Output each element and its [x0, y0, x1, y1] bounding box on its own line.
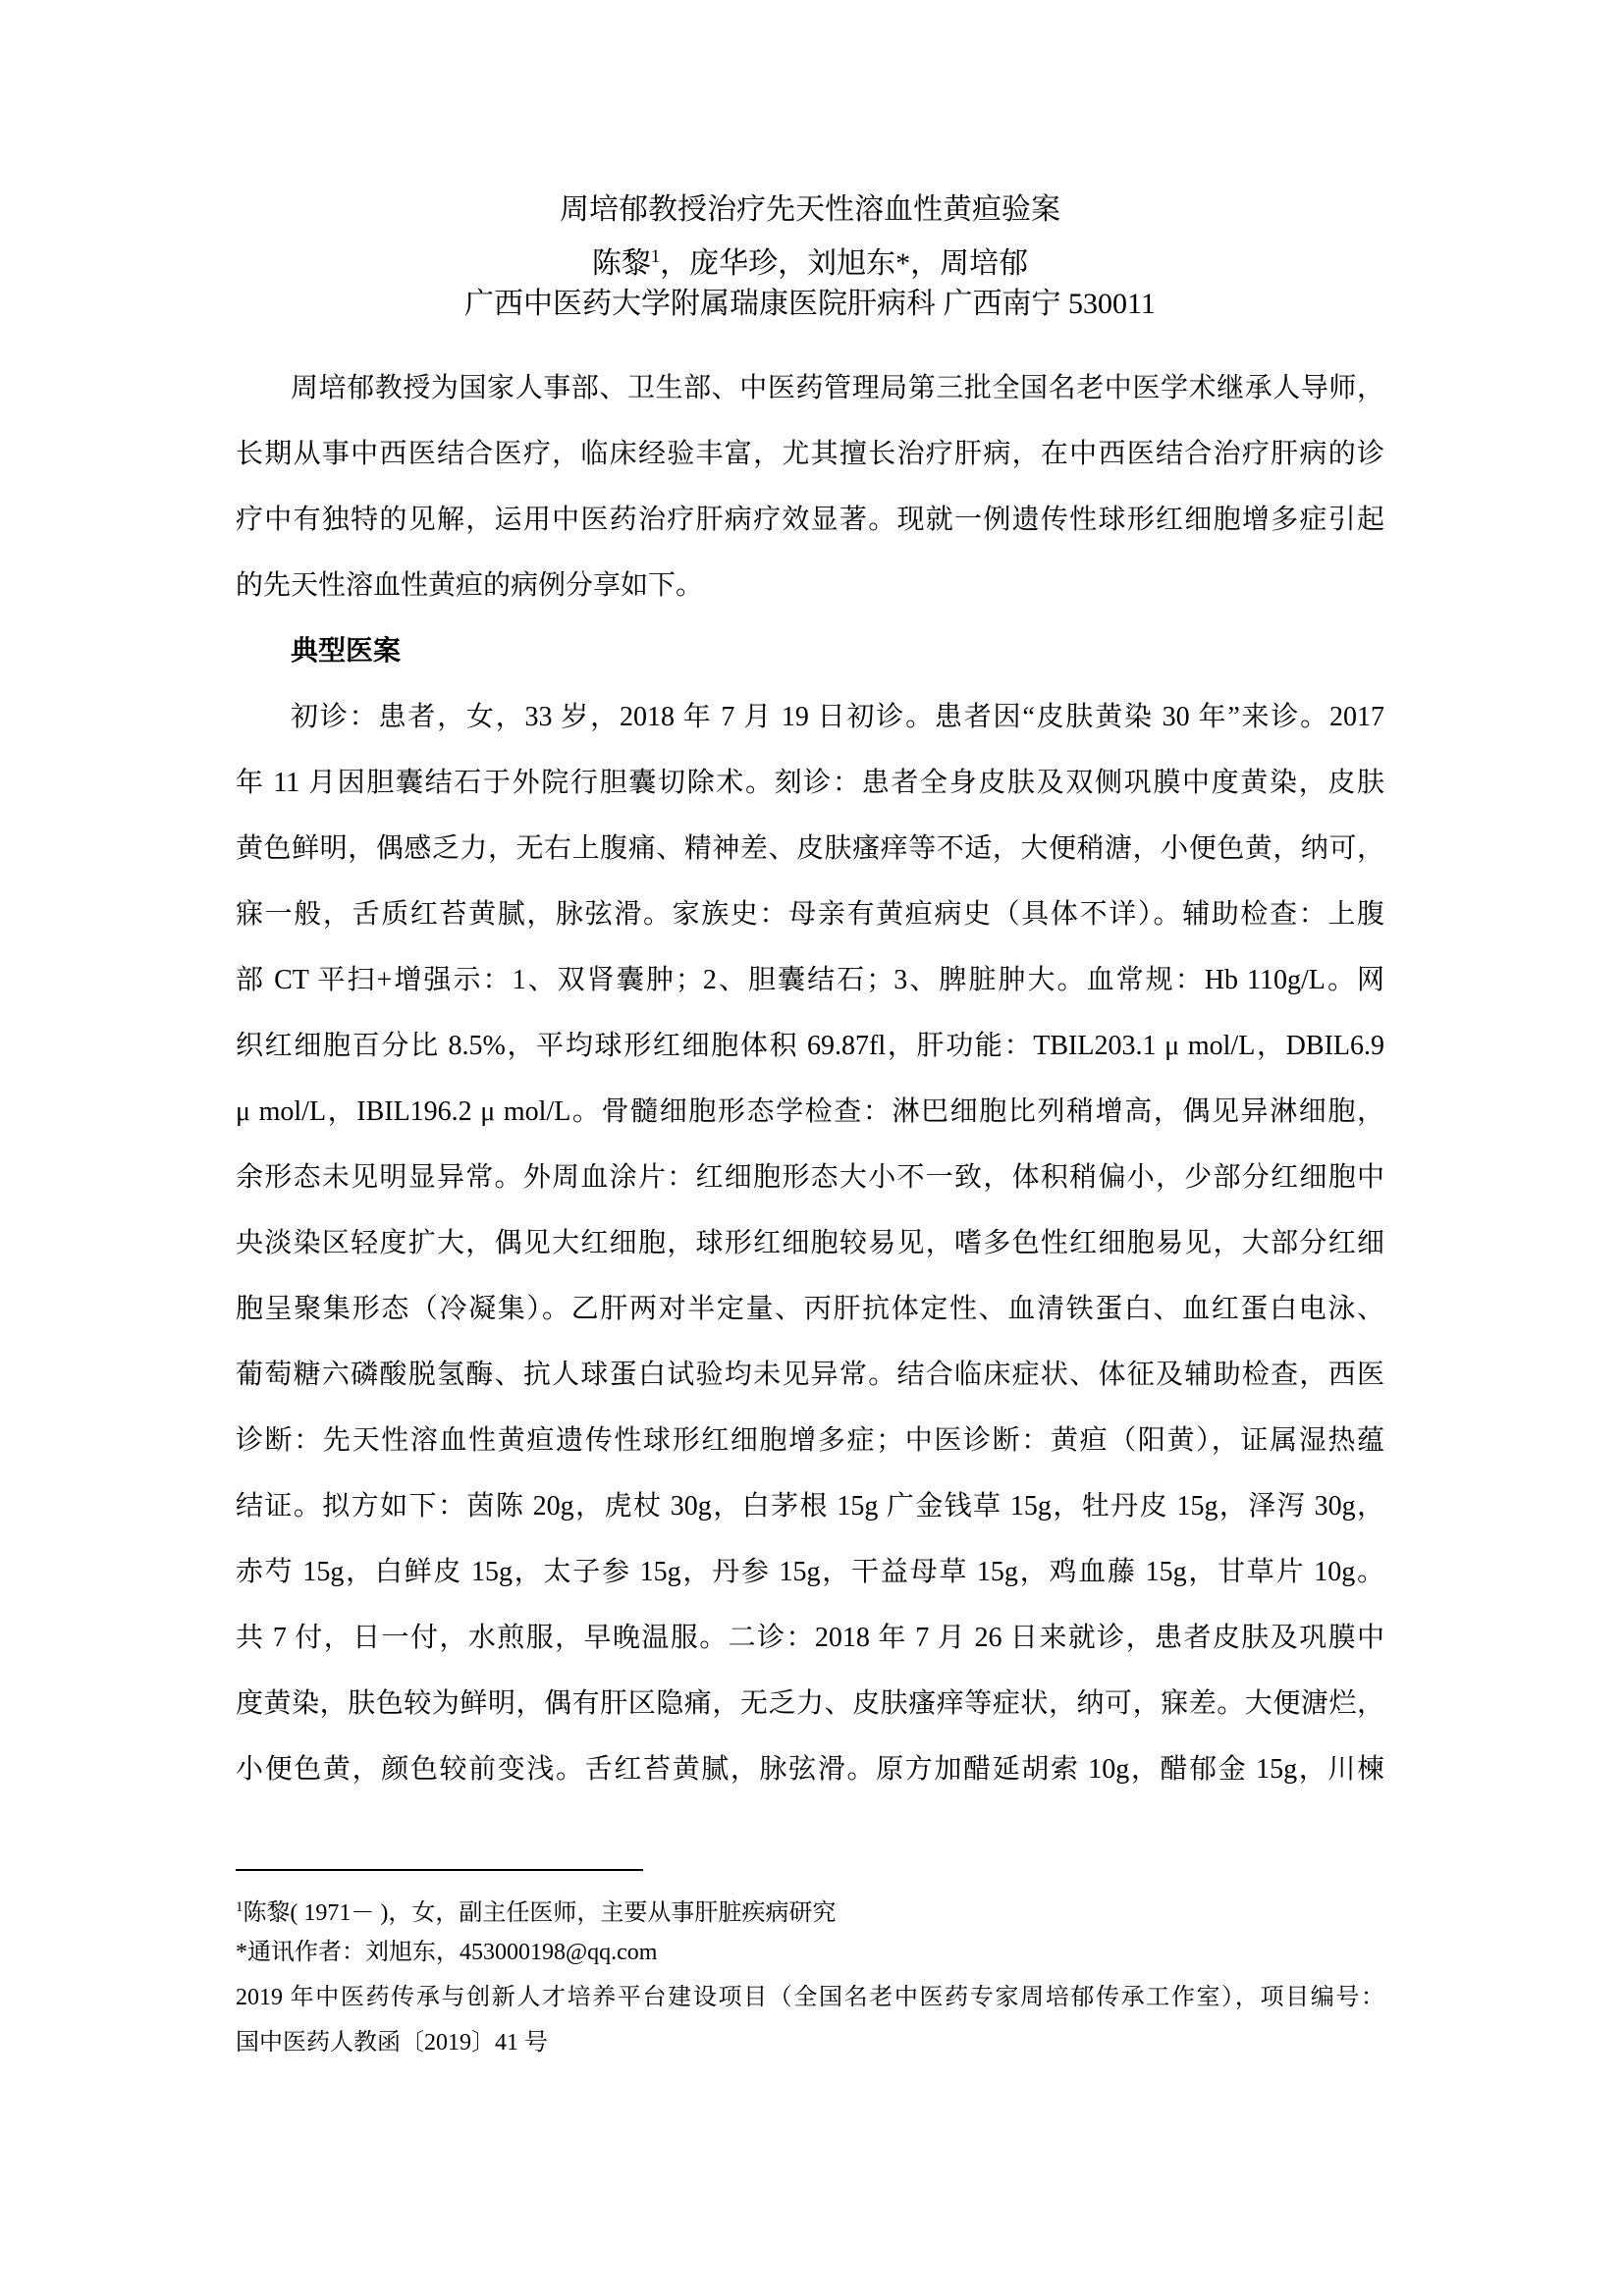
- authors-rest: ，庞华珍，刘旭东*，周培郁: [660, 247, 1028, 280]
- case-paragraph-line: 结证。拟方如下：茵陈 20g，虎杖 30g，白茅根 15g 广金钱草 15g，牡…: [236, 1473, 1384, 1539]
- footnote-separator: [236, 1869, 643, 1871]
- footnote-corresponding-author: *通讯作者：刘旭东，453000198@qq.com: [236, 1930, 1384, 1975]
- case-paragraph-line: 寐一般，舌质红苔黄腻，脉弦滑。家族史：母亲有黄疸病史（具体不详）。辅助检查：上腹: [236, 881, 1384, 947]
- paper-title: 周培郁教授治疗先天性溶血性黄疸验案: [236, 187, 1384, 234]
- author-first: 陈黎: [592, 247, 651, 280]
- case-paragraph-line: 年 11 月因胆囊结石于外院行胆囊切除术。刻诊：患者全身皮肤及双侧巩膜中度黄染，…: [236, 750, 1384, 816]
- case-paragraph-line: 胞呈聚集形态（冷凝集）。乙肝两对半定量、丙肝抗体定性、血清铁蛋白、血红蛋白电泳、: [236, 1276, 1384, 1342]
- footnote-project-line: 2019 年中医药传承与创新人才培养平台建设项目（全国名老中医药专家周培郁传承工…: [236, 1975, 1384, 2020]
- intro-paragraph-line: 疗中有独特的见解，运用中医药治疗肝病疗效显著。现就一例遗传性球形红细胞增多症引起: [236, 487, 1384, 553]
- footnote-author-bio: 1陈黎( 1971－ )，女，副主任医师，主要从事肝脏疾病研究: [236, 1885, 1384, 1930]
- footnotes-block: 1陈黎( 1971－ )，女，副主任医师，主要从事肝脏疾病研究 *通讯作者：刘旭…: [236, 1885, 1384, 2065]
- case-paragraph-line: 织红细胞百分比 8.5%，平均球形红细胞体积 69.87fl，肝功能：TBIL2…: [236, 1013, 1384, 1079]
- affiliation-line: 广西中医药大学附属瑞康医院肝病科 广西南宁 530011: [236, 281, 1384, 328]
- case-paragraph-line: 葡萄糖六磷酸脱氢酶、抗人球蛋白试验均未见异常。结合临床症状、体征及辅助检查，西医: [236, 1342, 1384, 1408]
- footnote-author-bio-text: 陈黎( 1971－ )，女，副主任医师，主要从事肝脏疾病研究: [243, 1900, 836, 1926]
- case-paragraph-line: 度黄染，肤色较为鲜明，偶有肝区隐痛，无乏力、皮肤瘙痒等症状，纳可，寐差。大便溏烂…: [236, 1671, 1384, 1736]
- author-footnote-marker: 1: [651, 246, 660, 267]
- section-heading: 典型医案: [236, 618, 1384, 684]
- case-paragraph-line: 小便色黄，颜色较前变浅。舌红苔黄腻，脉弦滑。原方加醋延胡索 10g，醋郁金 15…: [236, 1736, 1384, 1802]
- case-paragraph-line: 部 CT 平扫+增强示：1、双肾囊肿；2、胆囊结石；3、脾脏肿大。血常规：Hb …: [236, 947, 1384, 1013]
- document-page: 周培郁教授治疗先天性溶血性黄疸验案 陈黎1，庞华珍，刘旭东*，周培郁 广西中医药…: [0, 0, 1624, 2296]
- authors-line: 陈黎1，庞华珍，刘旭东*，周培郁: [236, 234, 1384, 281]
- case-paragraph-line: 共 7 付，日一付，水煎服，早晚温服。二诊：2018 年 7 月 26 日来就诊…: [236, 1605, 1384, 1671]
- case-paragraph-line: 初诊：患者，女，33 岁，2018 年 7 月 19 日初诊。患者因“皮肤黄染 …: [236, 684, 1384, 750]
- footnote-project-line: 国中医药人教函〔2019〕41 号: [236, 2020, 1384, 2065]
- case-paragraph-line: 诊断：先天性溶血性黄疸遗传性球形红细胞增多症；中医诊断：黄疸（阳黄），证属湿热蕴: [236, 1408, 1384, 1473]
- document-header: 周培郁教授治疗先天性溶血性黄疸验案 陈黎1，庞华珍，刘旭东*，周培郁 广西中医药…: [236, 187, 1384, 328]
- case-paragraph-line: 赤芍 15g，白鲜皮 15g，太子参 15g，丹参 15g，干益母草 15g，鸡…: [236, 1539, 1384, 1605]
- document-body: 周培郁教授为国家人事部、卫生部、中医药管理局第三批全国名老中医学术继承人导师， …: [236, 355, 1384, 1802]
- intro-paragraph-line: 周培郁教授为国家人事部、卫生部、中医药管理局第三批全国名老中医学术继承人导师，: [236, 355, 1384, 421]
- intro-paragraph-line: 长期从事中西医结合医疗，临床经验丰富，尤其擅长治疗肝病，在中西医结合治疗肝病的诊: [236, 421, 1384, 487]
- case-paragraph-line: 央淡染区轻度扩大，偶见大红细胞，球形红细胞较易见，嗜多色性红细胞易见，大部分红细: [236, 1210, 1384, 1276]
- case-paragraph-line: 黄色鲜明，偶感乏力，无右上腹痛、精神差、皮肤瘙痒等不适，大便稍溏，小便色黄，纳可…: [236, 816, 1384, 881]
- case-paragraph-line: 余形态未见明显异常。外周血涂片：红细胞形态大小不一致，体积稍偏小，少部分红细胞中: [236, 1145, 1384, 1210]
- intro-paragraph-line: 的先天性溶血性黄疸的病例分享如下。: [236, 553, 1384, 618]
- case-paragraph-line: μ mol/L，IBIL196.2 μ mol/L。骨髓细胞形态学检查：淋巴细胞…: [236, 1079, 1384, 1145]
